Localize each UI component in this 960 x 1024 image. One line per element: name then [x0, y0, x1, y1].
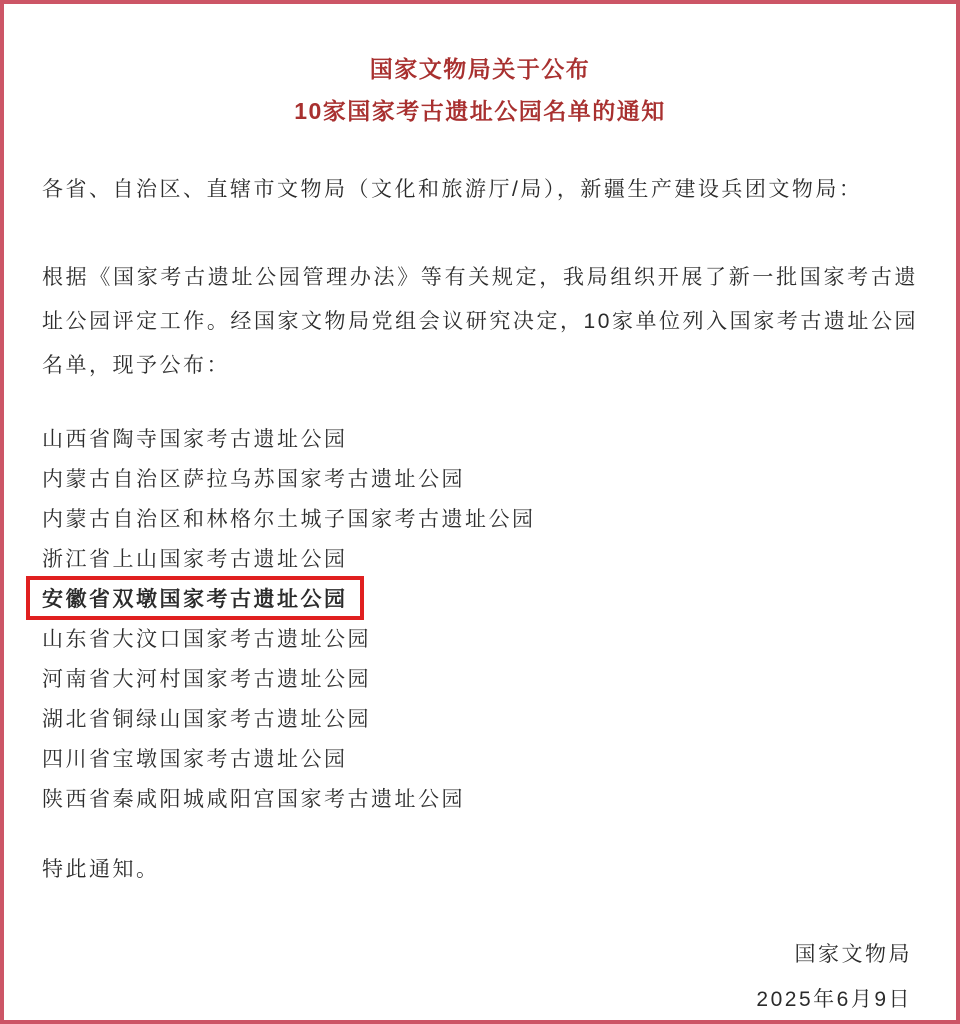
park-list: 山西省陶寺国家考古遗址公园 内蒙古自治区萨拉乌苏国家考古遗址公园 内蒙古自治区和…: [42, 418, 918, 818]
park-list-item: 山西省陶寺国家考古遗址公园: [42, 418, 918, 458]
park-list-item: 湖北省铜绿山国家考古遗址公园: [42, 698, 918, 738]
park-name: 浙江省上山国家考古遗址公园: [42, 543, 348, 573]
park-list-item: 山东省大汶口国家考古遗址公园: [42, 618, 918, 658]
park-name: 内蒙古自治区萨拉乌苏国家考古遗址公园: [42, 463, 465, 493]
park-name: 河南省大河村国家考古遗址公园: [42, 663, 371, 693]
park-list-item: 内蒙古自治区萨拉乌苏国家考古遗址公园: [42, 458, 918, 498]
signature-date: 2025年6月9日: [42, 977, 912, 1022]
park-name: 安徽省双墩国家考古遗址公园: [42, 583, 348, 613]
notice-body-paragraph: 根据《国家考古遗址公园管理办法》等有关规定，我局组织开展了新一批国家考古遗址公园…: [42, 256, 918, 388]
park-list-item-highlighted: 安徽省双墩国家考古遗址公园: [42, 578, 918, 618]
notice-closing: 特此通知。: [42, 856, 918, 884]
notice-document: 国家文物局关于公布 10家国家考古遗址公园名单的通知 各省、自治区、直辖市文物局…: [0, 0, 960, 1024]
park-name: 山西省陶寺国家考古遗址公园: [42, 423, 348, 453]
park-name: 陕西省秦咸阳城咸阳宫国家考古遗址公园: [42, 783, 465, 813]
notice-title: 国家文物局关于公布 10家国家考古遗址公园名单的通知: [42, 48, 918, 132]
park-name: 山东省大汶口国家考古遗址公园: [42, 623, 371, 653]
park-list-item: 陕西省秦咸阳城咸阳宫国家考古遗址公园: [42, 778, 918, 818]
park-list-item: 浙江省上山国家考古遗址公园: [42, 538, 918, 578]
notice-salutation: 各省、自治区、直辖市文物局（文化和旅游厅/局），新疆生产建设兵团文物局：: [42, 176, 918, 204]
park-name: 四川省宝墩国家考古遗址公园: [42, 743, 348, 773]
park-list-item: 内蒙古自治区和林格尔土城子国家考古遗址公园: [42, 498, 918, 538]
park-list-item: 河南省大河村国家考古遗址公园: [42, 658, 918, 698]
notice-title-line1: 国家文物局关于公布: [42, 48, 918, 90]
notice-title-line2: 10家国家考古遗址公园名单的通知: [42, 90, 918, 132]
park-list-item: 四川省宝墩国家考古遗址公园: [42, 738, 918, 778]
signature-signer: 国家文物局: [42, 932, 912, 977]
park-name: 湖北省铜绿山国家考古遗址公园: [42, 703, 371, 733]
highlight-box: 安徽省双墩国家考古遗址公园: [26, 576, 364, 620]
park-name: 内蒙古自治区和林格尔土城子国家考古遗址公园: [42, 503, 536, 533]
signature-block: 国家文物局 2025年6月9日: [42, 932, 918, 1022]
